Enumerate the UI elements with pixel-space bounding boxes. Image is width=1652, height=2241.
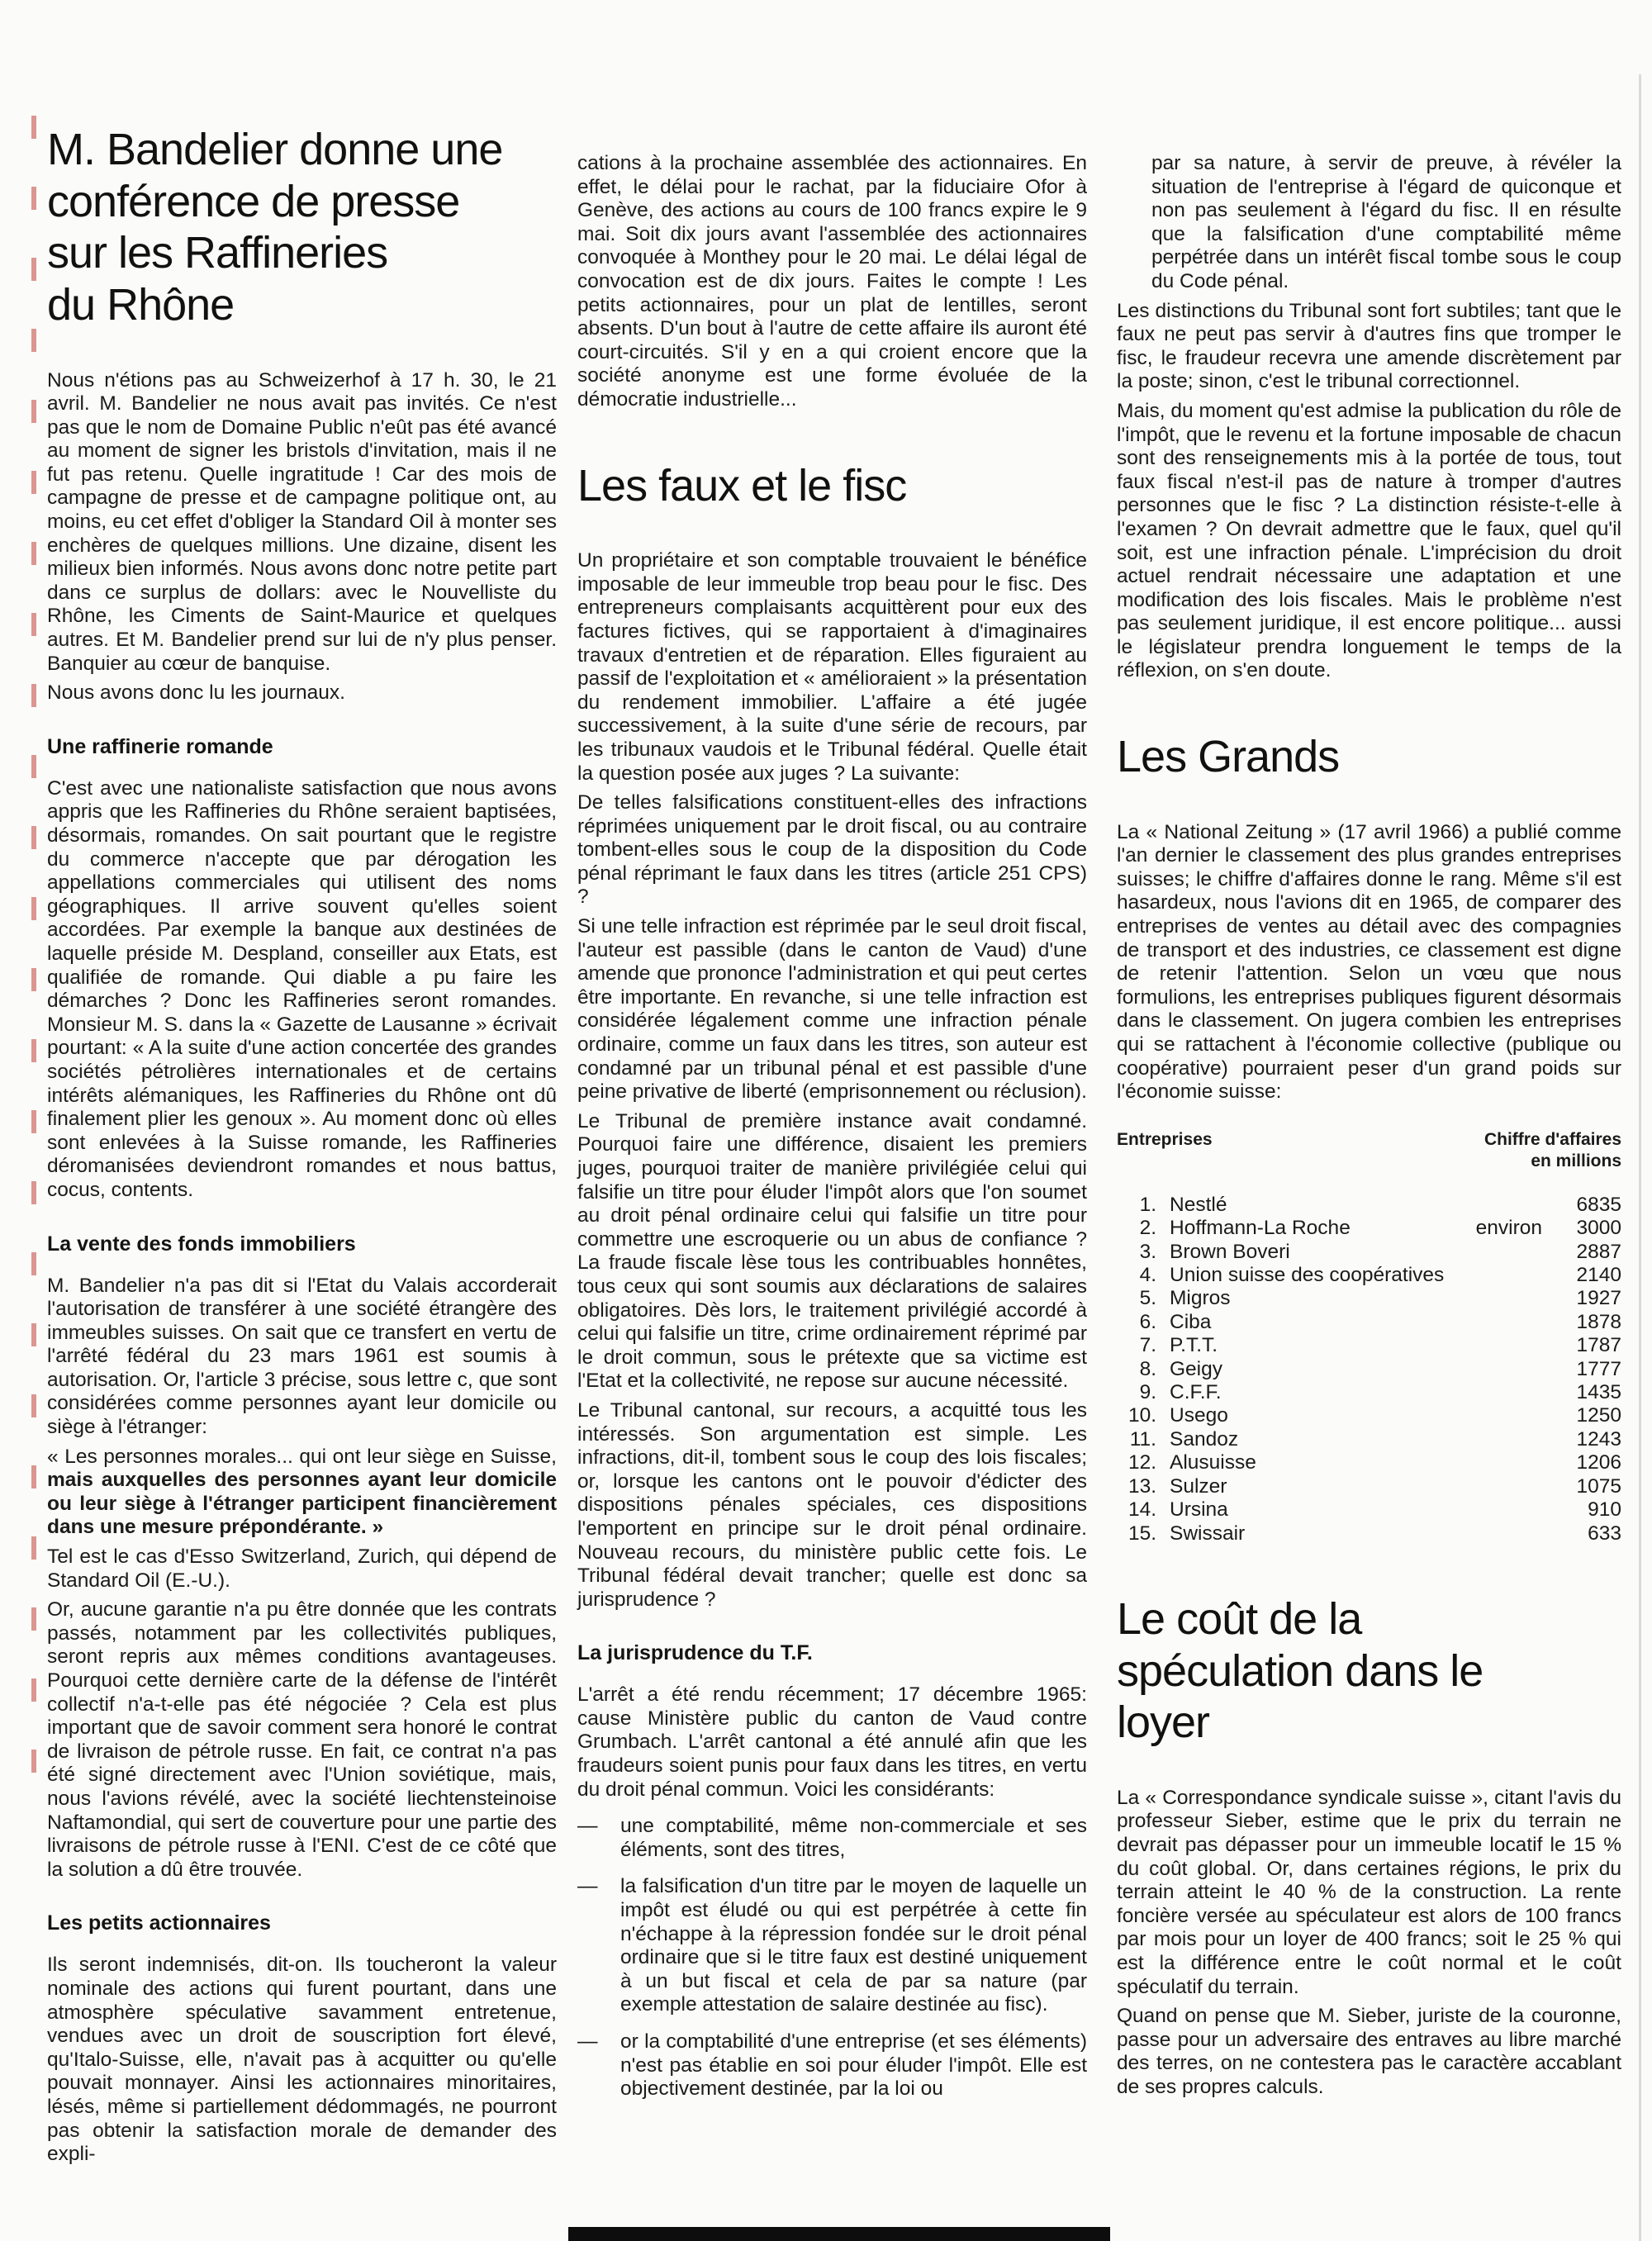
rank-cell: 1. [1117, 1194, 1156, 1217]
paragraph: Ils seront indemnisés, dit-on. Ils touch… [47, 1954, 557, 2166]
list-item: —or la comptabilité d'une entreprise (et… [577, 2030, 1087, 2101]
table-row: 15.Swissair633 [1117, 1522, 1621, 1545]
table-row: 1.Nestlé6835 [1117, 1194, 1621, 1217]
rank-cell: 12. [1117, 1451, 1156, 1474]
rank-cell: 7. [1117, 1334, 1156, 1357]
subheading: La vente des fonds immobiliers [47, 1232, 557, 1256]
company-name: P.T.T. [1170, 1334, 1567, 1357]
quote-paragraph: « Les personnes morales... qui ont leur … [47, 1446, 557, 1540]
subheading: Une raffinerie romande [47, 735, 557, 759]
table-row: 8.Geigy1777 [1117, 1358, 1621, 1381]
company-name: Union suisse des coopératives [1170, 1264, 1567, 1287]
paragraph: M. Bandelier n'a pas dit si l'Etat du Va… [47, 1275, 557, 1440]
red-margin-marks [31, 116, 36, 1817]
table-row: 13.Sulzer1075 [1117, 1475, 1621, 1498]
revenue-prefix: environ [1476, 1217, 1542, 1240]
rank-cell: 8. [1117, 1358, 1156, 1381]
revenue-value: 3000 [1567, 1217, 1621, 1240]
company-name: Ciba [1170, 1311, 1567, 1334]
companies-table: EntreprisesChiffre d'affairesen millions… [1117, 1129, 1621, 1545]
dash-glyph: — [577, 1815, 620, 1862]
list-item: —une comptabilité, même non-commerciale … [577, 1815, 1087, 1862]
revenue-value: 910 [1567, 1498, 1621, 1522]
headline: Le coût de la spéculation dans le loyer [1117, 1593, 1621, 1749]
revenue-value: 1777 [1567, 1358, 1621, 1381]
rank-cell: 13. [1117, 1475, 1156, 1498]
paragraph: Un propriétaire et son comptable trouvai… [577, 549, 1087, 786]
quote-bold-text: mais auxquelles des personnes ayant leur… [47, 1469, 557, 1538]
table-row: 10.Usego1250 [1117, 1404, 1621, 1427]
table-row: 2.Hoffmann-La Rocheenviron3000 [1117, 1217, 1621, 1240]
table-header-chiffre: Chiffre d'affairesen millions [1484, 1129, 1621, 1172]
table-header-chiffre-line2: en millions [1484, 1151, 1621, 1172]
continued-paragraph: par sa nature, à servir de preuve, à rév… [1117, 152, 1621, 294]
table-row: 9.C.F.F.1435 [1117, 1381, 1621, 1404]
paragraph: Quand on pense que M. Sieber, juriste de… [1117, 2005, 1621, 2099]
table-header-entreprises: Entreprises [1117, 1129, 1213, 1151]
paragraph: Les distinctions du Tribunal sont fort s… [1117, 300, 1621, 394]
list-item: —la falsification d'un titre par le moye… [577, 1875, 1087, 2017]
subheading: Les petits actionnaires [47, 1911, 557, 1935]
revenue-value: 6835 [1567, 1194, 1621, 1217]
revenue-value: 1206 [1567, 1451, 1621, 1474]
paragraph: De telles falsifications constituent-ell… [577, 791, 1087, 909]
revenue-value: 1435 [1567, 1381, 1621, 1404]
rank-cell: 3. [1117, 1241, 1156, 1264]
table-row: 11.Sandoz1243 [1117, 1428, 1621, 1451]
subheading: La jurisprudence du T.F. [577, 1641, 1087, 1665]
paragraph: Le Tribunal de première instance avait c… [577, 1110, 1087, 1394]
paragraph: Nous avons donc lu les journaux. [47, 681, 557, 705]
list-item-text: une comptabilité, même non-commerciale e… [620, 1815, 1087, 1862]
rank-cell: 2. [1117, 1217, 1156, 1240]
rank-cell: 11. [1117, 1428, 1156, 1451]
paragraph: La « Correspondance syndicale suisse », … [1117, 1787, 1621, 1999]
paragraph: L'arrêt a été rendu récemment; 17 décemb… [577, 1683, 1087, 1802]
column-middle: cations à la prochaine assemblée des act… [577, 152, 1087, 2115]
rank-cell: 9. [1117, 1381, 1156, 1404]
paragraph: Mais, du moment qu'est admise la publica… [1117, 400, 1621, 683]
paragraph: Nous n'étions pas au Schweizerhof à 17 h… [47, 369, 557, 677]
company-name: Sulzer [1170, 1475, 1567, 1498]
company-name: Migros [1170, 1287, 1567, 1310]
headline: Les Grands [1117, 731, 1621, 783]
paragraph: C'est avec une nationaliste satisfaction… [47, 777, 557, 1203]
company-name: Geigy [1170, 1358, 1567, 1381]
company-name: C.F.F. [1170, 1381, 1567, 1404]
table-row: 4.Union suisse des coopératives2140 [1117, 1264, 1621, 1287]
rank-cell: 15. [1117, 1522, 1156, 1545]
column-left: M. Bandelier donne une conférence de pre… [47, 124, 557, 2172]
paragraph: La « National Zeitung » (17 avril 1966) … [1117, 821, 1621, 1104]
revenue-value: 1927 [1567, 1287, 1621, 1310]
company-name: Alusuisse [1170, 1451, 1567, 1474]
company-name: Usego [1170, 1404, 1567, 1427]
paragraph: Le Tribunal cantonal, sur recours, a acq… [577, 1399, 1087, 1612]
table-row: 12.Alusuisse1206 [1117, 1451, 1621, 1474]
paragraph: Si une telle infraction est réprimée par… [577, 915, 1087, 1104]
dash-glyph: — [577, 2030, 620, 2101]
table-header: EntreprisesChiffre d'affairesen millions [1117, 1129, 1621, 1172]
revenue-value: 2887 [1567, 1241, 1621, 1264]
headline: Les faux et le fisc [577, 460, 1087, 512]
list-item-text: la falsification d'un titre par le moyen… [620, 1875, 1087, 2017]
revenue-value: 1787 [1567, 1334, 1621, 1357]
revenue-value: 1243 [1567, 1428, 1621, 1451]
revenue-value: 1075 [1567, 1475, 1621, 1498]
rank-cell: 5. [1117, 1287, 1156, 1310]
table-header-chiffre-line1: Chiffre d'affaires [1484, 1129, 1621, 1151]
revenue-value: 1250 [1567, 1404, 1621, 1427]
revenue-value: 633 [1567, 1522, 1621, 1545]
table-row: 3.Brown Boveri2887 [1117, 1241, 1621, 1264]
table-row: 6.Ciba1878 [1117, 1311, 1621, 1334]
company-name: Ursina [1170, 1498, 1567, 1522]
table-row: 14.Ursina910 [1117, 1498, 1621, 1522]
company-name: Sandoz [1170, 1428, 1567, 1451]
rank-cell: 6. [1117, 1311, 1156, 1334]
company-name: Brown Boveri [1170, 1241, 1567, 1264]
company-name: Hoffmann-La Roche [1170, 1217, 1476, 1240]
table-row: 7.P.T.T.1787 [1117, 1334, 1621, 1357]
list-item-text: or la comptabilité d'une entreprise (et … [620, 2030, 1087, 2101]
table-row: 5.Migros1927 [1117, 1287, 1621, 1310]
column-right: par sa nature, à servir de preuve, à rév… [1117, 152, 1621, 2106]
rank-cell: 10. [1117, 1404, 1156, 1427]
company-name: Nestlé [1170, 1194, 1567, 1217]
revenue-value: 1878 [1567, 1311, 1621, 1334]
page-edge-line [1639, 74, 1641, 2241]
paragraph: cations à la prochaine assemblée des act… [577, 152, 1087, 412]
company-name: Swissair [1170, 1522, 1567, 1545]
rank-cell: 4. [1117, 1264, 1156, 1287]
paragraph: Or, aucune garantie n'a pu être donnée q… [47, 1598, 557, 1882]
dash-glyph: — [577, 1875, 620, 2017]
bottom-ink-bar [568, 2227, 1110, 2241]
quote-regular-text: « Les personnes morales... qui ont leur … [47, 1446, 557, 1468]
paragraph: Tel est le cas d'Esso Switzerland, Zuric… [47, 1545, 557, 1593]
newspaper-page: M. Bandelier donne une conférence de pre… [0, 0, 1652, 2241]
rank-cell: 14. [1117, 1498, 1156, 1522]
headline: M. Bandelier donne une conférence de pre… [47, 124, 557, 331]
revenue-value: 2140 [1567, 1264, 1621, 1287]
